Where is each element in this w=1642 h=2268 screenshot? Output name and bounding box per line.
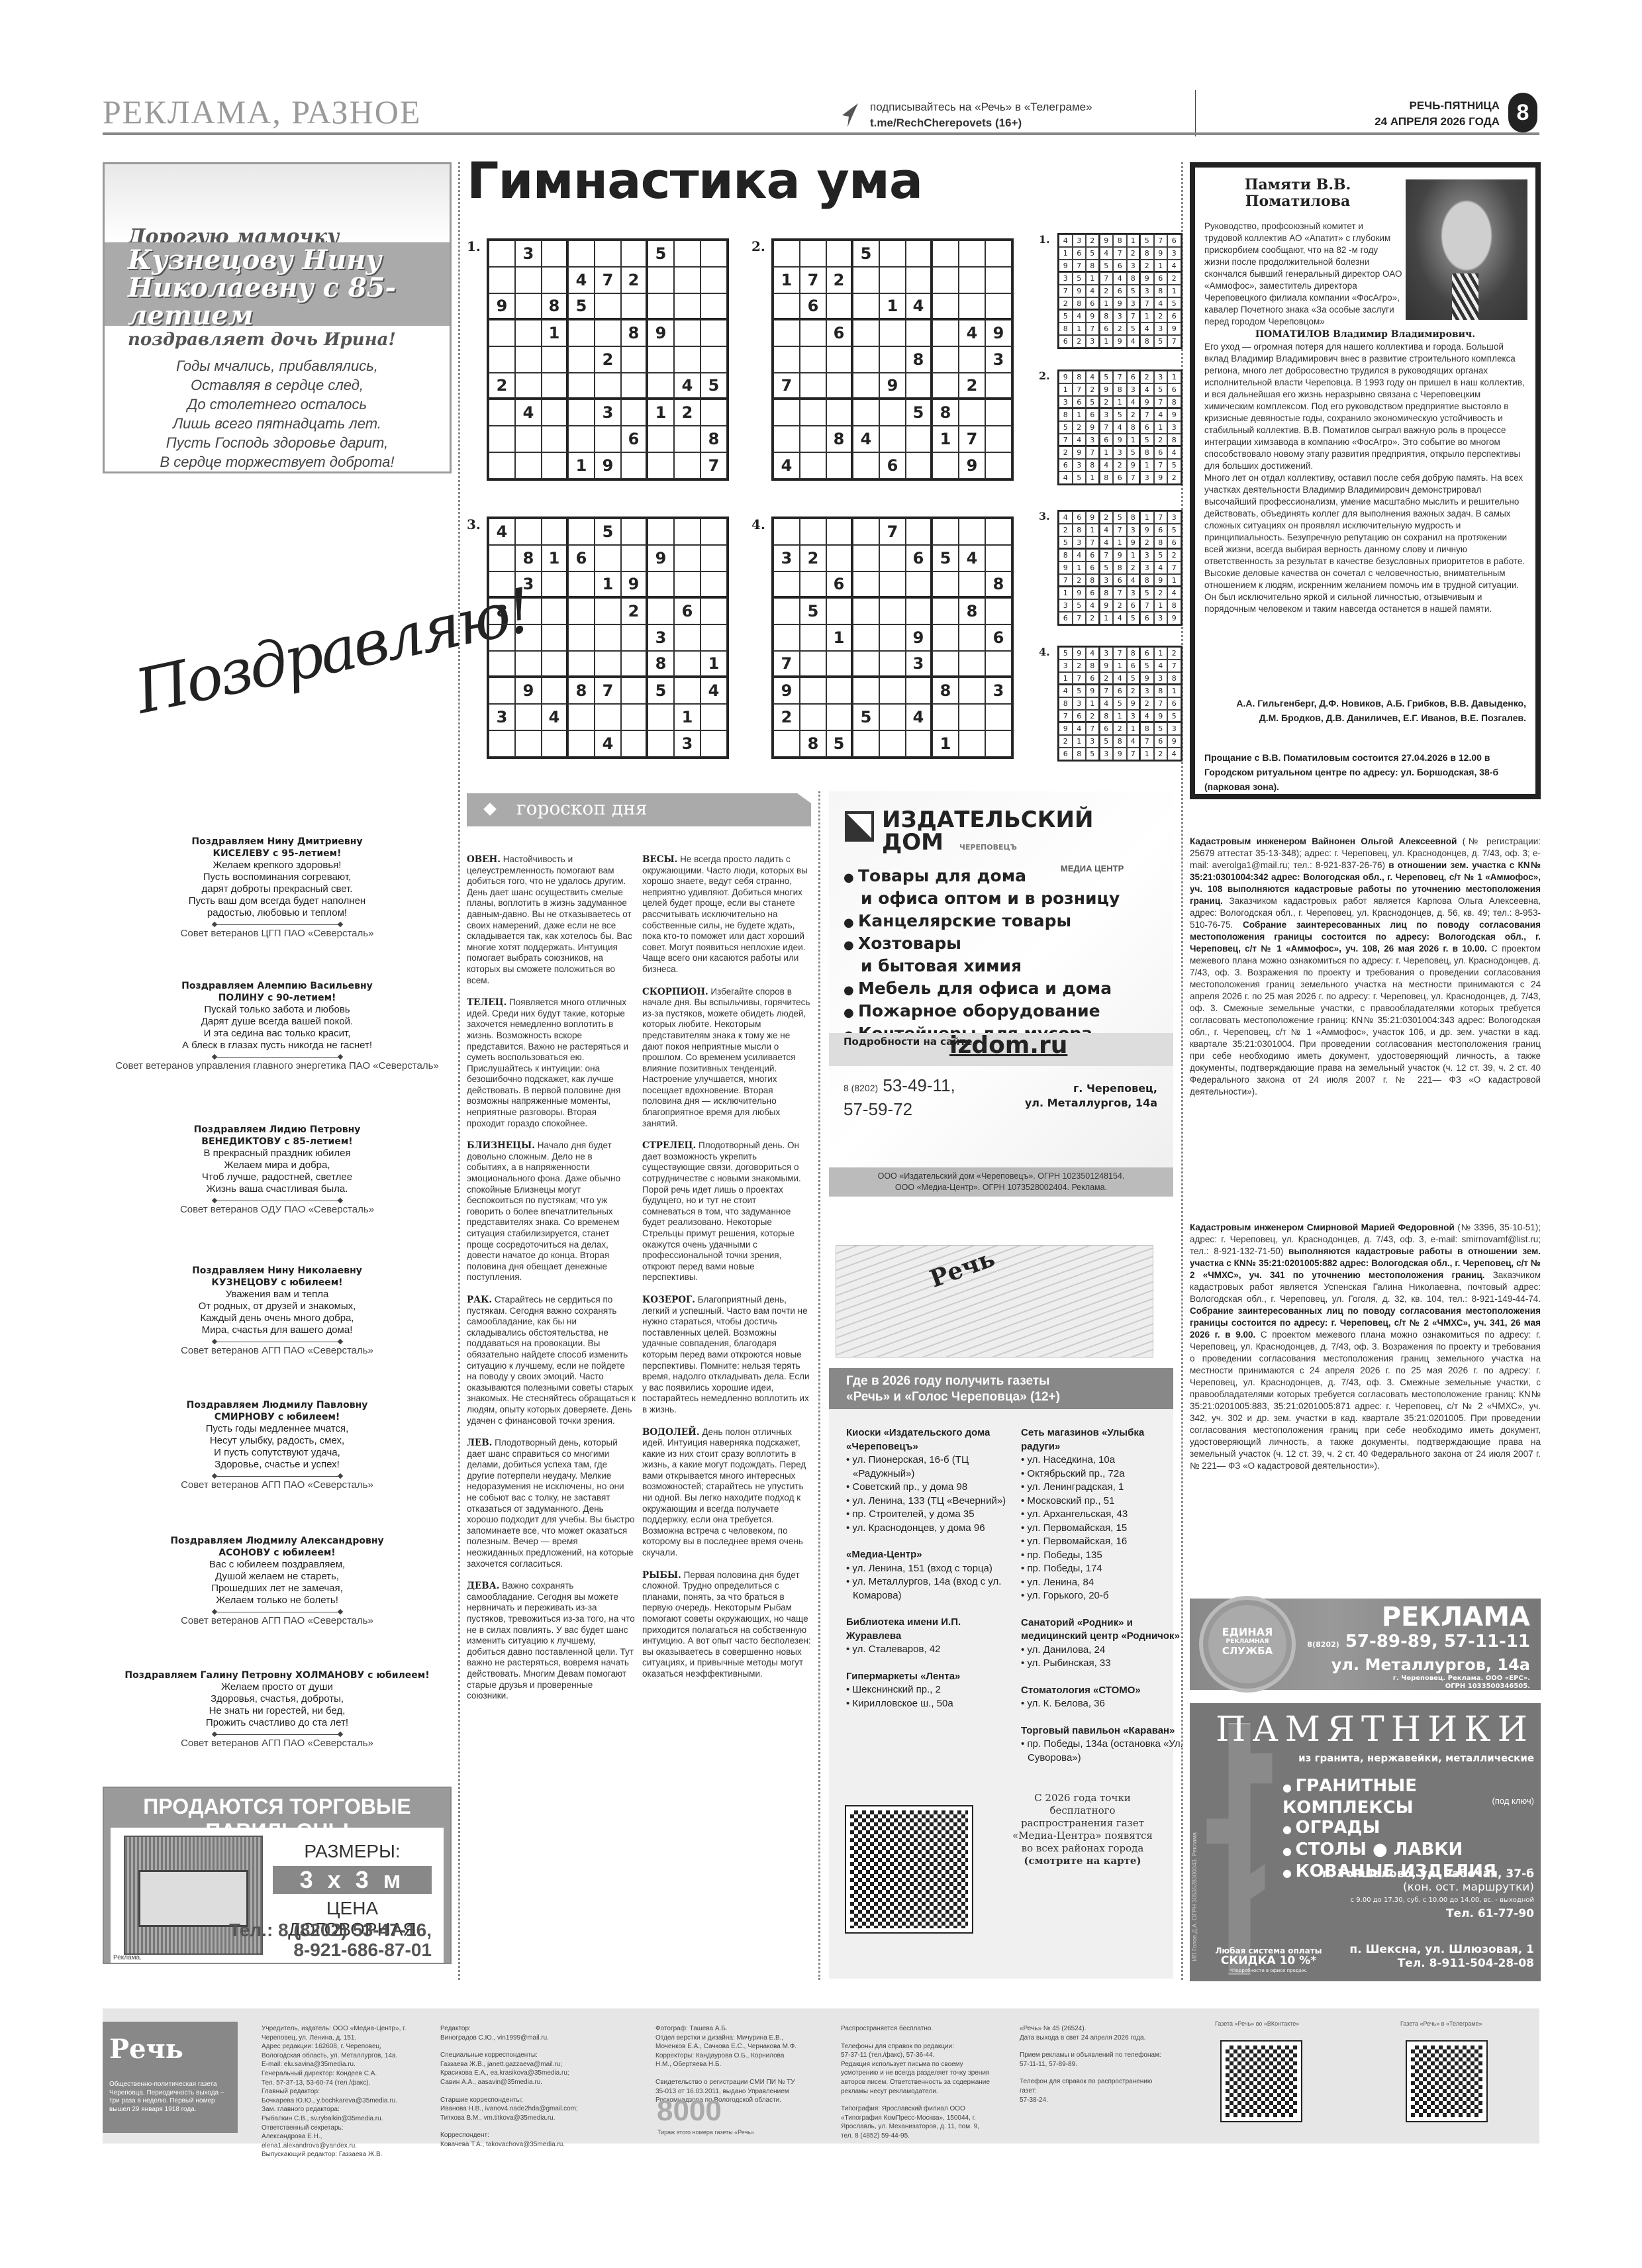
- sudoku-cell[interactable]: [826, 452, 853, 479]
- sudoku-cell[interactable]: [985, 704, 1012, 730]
- sudoku-cell[interactable]: 8: [932, 677, 959, 704]
- sudoku-cell[interactable]: [959, 571, 985, 598]
- sudoku-cell[interactable]: [515, 624, 542, 651]
- sudoku-cell[interactable]: [800, 346, 826, 373]
- sudoku-cell[interactable]: [879, 267, 906, 293]
- sudoku-cell[interactable]: [826, 293, 853, 320]
- sudoku-cell[interactable]: [648, 346, 674, 373]
- sudoku-cell[interactable]: [515, 518, 542, 545]
- sudoku-cell[interactable]: 7: [959, 426, 985, 452]
- sudoku-cell[interactable]: 1: [932, 426, 959, 452]
- sudoku-cell[interactable]: 2: [773, 704, 800, 730]
- sudoku-cell[interactable]: 4: [853, 426, 879, 452]
- sudoku-cell[interactable]: 8: [568, 677, 595, 704]
- sudoku-cell[interactable]: [700, 240, 727, 267]
- sudoku-cell[interactable]: [853, 399, 879, 426]
- sudoku-cell[interactable]: [515, 452, 542, 479]
- sudoku-cell[interactable]: 8: [826, 426, 853, 452]
- sudoku-cell[interactable]: [648, 267, 674, 293]
- sudoku-cell[interactable]: [959, 267, 985, 293]
- sudoku-cell[interactable]: [489, 426, 515, 452]
- sudoku-cell[interactable]: [489, 267, 515, 293]
- sudoku-cell[interactable]: [853, 545, 879, 571]
- sudoku-cell[interactable]: [879, 730, 906, 757]
- sudoku-cell[interactable]: [674, 677, 700, 704]
- sudoku-cell[interactable]: [648, 452, 674, 479]
- sudoku-cell[interactable]: [542, 426, 568, 452]
- sudoku-cell[interactable]: [853, 677, 879, 704]
- sudoku-cell[interactable]: [879, 346, 906, 373]
- sudoku-cell[interactable]: [906, 677, 932, 704]
- sudoku-cell[interactable]: 7: [700, 452, 727, 479]
- sudoku-cell[interactable]: [906, 373, 932, 399]
- sudoku-cell[interactable]: [853, 346, 879, 373]
- sudoku-cell[interactable]: 1: [932, 730, 959, 757]
- sudoku-cell[interactable]: [542, 452, 568, 479]
- sudoku-cell[interactable]: [700, 518, 727, 545]
- sudoku-cell[interactable]: [853, 730, 879, 757]
- sudoku-cell[interactable]: [773, 624, 800, 651]
- sudoku-cell[interactable]: [932, 293, 959, 320]
- sudoku-cell[interactable]: [700, 320, 727, 346]
- sudoku-cell[interactable]: [700, 545, 727, 571]
- sudoku-cell[interactable]: [700, 346, 727, 373]
- sudoku-cell[interactable]: [542, 346, 568, 373]
- sudoku-cell[interactable]: [932, 571, 959, 598]
- sudoku-cell[interactable]: [700, 730, 727, 757]
- sudoku-cell[interactable]: [489, 240, 515, 267]
- sudoku-cell[interactable]: 4: [773, 452, 800, 479]
- sudoku-cell[interactable]: [932, 320, 959, 346]
- sudoku-cell[interactable]: [515, 651, 542, 677]
- sudoku-cell[interactable]: [568, 373, 595, 399]
- sudoku-cell[interactable]: [515, 267, 542, 293]
- sudoku-cell[interactable]: [879, 571, 906, 598]
- sudoku-cell[interactable]: [542, 373, 568, 399]
- sudoku-cell[interactable]: [621, 677, 648, 704]
- sudoku-cell[interactable]: [879, 320, 906, 346]
- sudoku-cell[interactable]: [800, 320, 826, 346]
- sudoku-cell[interactable]: 6: [674, 598, 700, 624]
- sudoku-cell[interactable]: [826, 518, 853, 545]
- sudoku-cell[interactable]: [932, 240, 959, 267]
- sudoku-cell[interactable]: [773, 240, 800, 267]
- sudoku-cell[interactable]: [515, 730, 542, 757]
- sudoku-cell[interactable]: [674, 624, 700, 651]
- sudoku-cell[interactable]: [515, 346, 542, 373]
- sudoku-cell[interactable]: [879, 704, 906, 730]
- sudoku-cell[interactable]: [674, 240, 700, 267]
- sudoku-cell[interactable]: 3: [906, 651, 932, 677]
- sudoku-cell[interactable]: 3: [985, 346, 1012, 373]
- sudoku-cell[interactable]: 9: [648, 320, 674, 346]
- sudoku-cell[interactable]: [800, 704, 826, 730]
- sudoku-cell[interactable]: [674, 267, 700, 293]
- sudoku-cell[interactable]: [959, 293, 985, 320]
- sudoku-cell[interactable]: [985, 293, 1012, 320]
- sudoku-cell[interactable]: [773, 346, 800, 373]
- sudoku-cell[interactable]: [959, 677, 985, 704]
- sudoku-cell[interactable]: [800, 624, 826, 651]
- telegram-qr-code[interactable]: [1407, 2042, 1486, 2121]
- sudoku-cell[interactable]: [621, 399, 648, 426]
- sudoku-cell[interactable]: [932, 704, 959, 730]
- sudoku-cell[interactable]: [932, 373, 959, 399]
- sudoku-cell[interactable]: 5: [906, 399, 932, 426]
- sudoku-cell[interactable]: 2: [489, 373, 515, 399]
- sudoku-cell[interactable]: [648, 598, 674, 624]
- sudoku-cell[interactable]: [800, 373, 826, 399]
- sudoku-cell[interactable]: [773, 293, 800, 320]
- sudoku-cell[interactable]: [853, 598, 879, 624]
- sudoku-cell[interactable]: [542, 571, 568, 598]
- sudoku-cell[interactable]: [674, 346, 700, 373]
- sudoku-cell[interactable]: 8: [800, 730, 826, 757]
- sudoku-cell[interactable]: [568, 399, 595, 426]
- sudoku-cell[interactable]: [932, 346, 959, 373]
- sudoku-cell[interactable]: 4: [595, 730, 621, 757]
- sudoku-cell[interactable]: [674, 426, 700, 452]
- sudoku-cell[interactable]: [826, 598, 853, 624]
- sudoku-cell[interactable]: [674, 545, 700, 571]
- sudoku-cell[interactable]: [568, 651, 595, 677]
- sudoku-cell[interactable]: 5: [826, 730, 853, 757]
- sudoku-cell[interactable]: [674, 571, 700, 598]
- sudoku-cell[interactable]: 5: [648, 240, 674, 267]
- sudoku-cell[interactable]: [595, 426, 621, 452]
- sudoku-cell[interactable]: [826, 704, 853, 730]
- sudoku-cell[interactable]: [985, 426, 1012, 452]
- sudoku-cell[interactable]: [985, 399, 1012, 426]
- sudoku-cell[interactable]: [906, 426, 932, 452]
- sudoku-cell[interactable]: 3: [674, 730, 700, 757]
- sudoku-cell[interactable]: [489, 730, 515, 757]
- sudoku-cell[interactable]: [773, 571, 800, 598]
- sudoku-cell[interactable]: 9: [648, 545, 674, 571]
- sudoku-cell[interactable]: 5: [800, 598, 826, 624]
- sudoku-cell[interactable]: [595, 293, 621, 320]
- sudoku-cell[interactable]: [621, 373, 648, 399]
- sudoku-cell[interactable]: 8: [515, 545, 542, 571]
- sudoku-cell[interactable]: 7: [595, 267, 621, 293]
- sudoku-cell[interactable]: 8: [621, 320, 648, 346]
- sudoku-cell[interactable]: 3: [648, 624, 674, 651]
- sudoku-cell[interactable]: [853, 293, 879, 320]
- sudoku-cell[interactable]: 8: [489, 598, 515, 624]
- sudoku-cell[interactable]: [489, 320, 515, 346]
- sudoku-cell[interactable]: [621, 651, 648, 677]
- sudoku-cell[interactable]: 3: [773, 545, 800, 571]
- sudoku-cell[interactable]: 6: [906, 545, 932, 571]
- sudoku-cell[interactable]: [800, 426, 826, 452]
- sudoku-cell[interactable]: [489, 677, 515, 704]
- sudoku-cell[interactable]: [621, 624, 648, 651]
- sudoku-cell[interactable]: [985, 545, 1012, 571]
- sudoku-cell[interactable]: [879, 624, 906, 651]
- sudoku-cell[interactable]: 4: [542, 704, 568, 730]
- sudoku-cell[interactable]: [542, 240, 568, 267]
- sudoku-cell[interactable]: 5: [932, 545, 959, 571]
- sudoku-cell[interactable]: 6: [879, 452, 906, 479]
- sudoku-cell[interactable]: 8: [648, 651, 674, 677]
- sudoku-cell[interactable]: [542, 399, 568, 426]
- sudoku-cell[interactable]: 5: [568, 293, 595, 320]
- sudoku-cell[interactable]: [621, 545, 648, 571]
- telegram-promo[interactable]: подписывайтесь на «Речь» в «Телеграме» t…: [841, 99, 1092, 131]
- sudoku-cell[interactable]: 5: [853, 704, 879, 730]
- sudoku-cell[interactable]: 1: [542, 320, 568, 346]
- sudoku-cell[interactable]: [542, 598, 568, 624]
- sudoku-cell[interactable]: 7: [595, 677, 621, 704]
- sudoku-cell[interactable]: [515, 704, 542, 730]
- sudoku-cell[interactable]: [985, 518, 1012, 545]
- sudoku-cell[interactable]: [853, 373, 879, 399]
- sudoku-cell[interactable]: 2: [595, 346, 621, 373]
- sudoku-cell[interactable]: [595, 373, 621, 399]
- sudoku-cell[interactable]: 7: [773, 373, 800, 399]
- sudoku-cell[interactable]: [959, 704, 985, 730]
- sudoku-cell[interactable]: [853, 651, 879, 677]
- sudoku-cell[interactable]: [515, 426, 542, 452]
- sudoku-cell[interactable]: 7: [879, 518, 906, 545]
- sudoku-cell[interactable]: 2: [674, 399, 700, 426]
- sudoku-cell[interactable]: 6: [826, 571, 853, 598]
- sudoku-cell[interactable]: [906, 452, 932, 479]
- sudoku-cell[interactable]: [621, 346, 648, 373]
- sudoku-cell[interactable]: [800, 452, 826, 479]
- sudoku-cell[interactable]: [489, 571, 515, 598]
- sudoku-cell[interactable]: [826, 240, 853, 267]
- sudoku-cell[interactable]: [515, 320, 542, 346]
- sudoku-cell[interactable]: 9: [595, 452, 621, 479]
- sudoku-cell[interactable]: [853, 518, 879, 545]
- sudoku-cell[interactable]: 4: [906, 293, 932, 320]
- sudoku-cell[interactable]: 6: [985, 624, 1012, 651]
- sudoku-cell[interactable]: [595, 545, 621, 571]
- sudoku-cell[interactable]: [879, 240, 906, 267]
- sudoku-cell[interactable]: 3: [515, 571, 542, 598]
- sudoku-cell[interactable]: [595, 624, 621, 651]
- sudoku-cell[interactable]: [959, 624, 985, 651]
- sudoku-cell[interactable]: [906, 598, 932, 624]
- sudoku-cell[interactable]: [879, 651, 906, 677]
- sudoku-cell[interactable]: 1: [568, 452, 595, 479]
- sudoku-cell[interactable]: 5: [700, 373, 727, 399]
- sudoku-cell[interactable]: [985, 730, 1012, 757]
- sudoku-cell[interactable]: [906, 730, 932, 757]
- sudoku-cell[interactable]: [879, 545, 906, 571]
- sudoku-cell[interactable]: [906, 518, 932, 545]
- sudoku-cell[interactable]: [568, 426, 595, 452]
- sudoku-cell[interactable]: [542, 624, 568, 651]
- sudoku-cell[interactable]: 1: [879, 293, 906, 320]
- sudoku-cell[interactable]: 3: [515, 240, 542, 267]
- sudoku-cell[interactable]: [826, 346, 853, 373]
- sudoku-cell[interactable]: [568, 624, 595, 651]
- sudoku-cell[interactable]: [985, 373, 1012, 399]
- sudoku-cell[interactable]: [568, 240, 595, 267]
- sudoku-cell[interactable]: 6: [800, 293, 826, 320]
- sudoku-cell[interactable]: [906, 571, 932, 598]
- sudoku-cell[interactable]: [648, 293, 674, 320]
- sudoku-cell[interactable]: 2: [621, 267, 648, 293]
- sudoku-cell[interactable]: 8: [959, 598, 985, 624]
- sudoku-cell[interactable]: [648, 426, 674, 452]
- sudoku-cell[interactable]: [879, 399, 906, 426]
- sudoku-cell[interactable]: [879, 677, 906, 704]
- sudoku-cell[interactable]: [985, 240, 1012, 267]
- sudoku-cell[interactable]: [568, 518, 595, 545]
- izdom-site-link[interactable]: izdom.ru: [949, 1032, 1067, 1059]
- sudoku-cell[interactable]: [853, 624, 879, 651]
- sudoku-cell[interactable]: [595, 240, 621, 267]
- sudoku-cell[interactable]: [674, 320, 700, 346]
- sudoku-cell[interactable]: [700, 399, 727, 426]
- sudoku-cell[interactable]: [773, 598, 800, 624]
- sudoku-cell[interactable]: [542, 677, 568, 704]
- sudoku-cell[interactable]: 9: [515, 677, 542, 704]
- sudoku-cell[interactable]: 1: [700, 651, 727, 677]
- sudoku-cell[interactable]: 6: [621, 426, 648, 452]
- sudoku-cell[interactable]: [932, 651, 959, 677]
- sudoku-cell[interactable]: 8: [542, 293, 568, 320]
- sudoku-cell[interactable]: [568, 346, 595, 373]
- sudoku-cell[interactable]: 4: [700, 677, 727, 704]
- sudoku-cell[interactable]: 8: [932, 399, 959, 426]
- sudoku-cell[interactable]: 7: [800, 267, 826, 293]
- sudoku-cell[interactable]: [568, 730, 595, 757]
- sudoku-cell[interactable]: 3: [489, 704, 515, 730]
- map-qr-code[interactable]: [846, 1806, 972, 1932]
- sudoku-cell[interactable]: [985, 267, 1012, 293]
- sudoku-cell[interactable]: [648, 730, 674, 757]
- sudoku-cell[interactable]: [595, 598, 621, 624]
- telegram-link[interactable]: t.me/RechCherepovets (16+): [870, 115, 1092, 131]
- sudoku-cell[interactable]: [853, 571, 879, 598]
- vk-qr-code[interactable]: [1222, 2042, 1301, 2121]
- sudoku-cell[interactable]: [773, 320, 800, 346]
- sudoku-cell[interactable]: [568, 320, 595, 346]
- sudoku-cell[interactable]: 5: [648, 677, 674, 704]
- sudoku-cell[interactable]: [700, 704, 727, 730]
- sudoku-cell[interactable]: [595, 320, 621, 346]
- sudoku-cell[interactable]: [568, 704, 595, 730]
- sudoku-cell[interactable]: [700, 624, 727, 651]
- sudoku-cell[interactable]: 4: [959, 320, 985, 346]
- sudoku-cell[interactable]: [773, 518, 800, 545]
- sudoku-cell[interactable]: [489, 651, 515, 677]
- sudoku-cell[interactable]: [906, 240, 932, 267]
- sudoku-cell[interactable]: [879, 598, 906, 624]
- sudoku-cell[interactable]: [826, 545, 853, 571]
- sudoku-cell[interactable]: [826, 677, 853, 704]
- sudoku-cell[interactable]: 3: [595, 399, 621, 426]
- sudoku-cell[interactable]: [621, 452, 648, 479]
- sudoku-cell[interactable]: [489, 452, 515, 479]
- sudoku-cell[interactable]: [932, 624, 959, 651]
- sudoku-cell[interactable]: [621, 293, 648, 320]
- sudoku-cell[interactable]: [674, 293, 700, 320]
- sudoku-cell[interactable]: 6: [826, 320, 853, 346]
- sudoku-cell[interactable]: [985, 452, 1012, 479]
- sudoku-cell[interactable]: [489, 399, 515, 426]
- sudoku-cell[interactable]: [959, 651, 985, 677]
- sudoku-cell[interactable]: [959, 518, 985, 545]
- sudoku-cell[interactable]: [489, 624, 515, 651]
- sudoku-cell[interactable]: 4: [515, 399, 542, 426]
- sudoku-cell[interactable]: [648, 518, 674, 545]
- sudoku-cell[interactable]: 4: [959, 545, 985, 571]
- sudoku-cell[interactable]: [959, 240, 985, 267]
- sudoku-cell[interactable]: 1: [648, 399, 674, 426]
- sudoku-cell[interactable]: 8: [985, 571, 1012, 598]
- sudoku-cell[interactable]: 5: [853, 240, 879, 267]
- sudoku-cell[interactable]: 9: [985, 320, 1012, 346]
- sudoku-cell[interactable]: 9: [879, 373, 906, 399]
- sudoku-cell[interactable]: [959, 399, 985, 426]
- sudoku-cell[interactable]: [800, 677, 826, 704]
- sudoku-cell[interactable]: [985, 651, 1012, 677]
- sudoku-cell[interactable]: [853, 452, 879, 479]
- sudoku-cell[interactable]: [489, 545, 515, 571]
- sudoku-cell[interactable]: [515, 293, 542, 320]
- sudoku-cell[interactable]: 1: [542, 545, 568, 571]
- sudoku-cell[interactable]: [800, 651, 826, 677]
- sudoku-cell[interactable]: [489, 346, 515, 373]
- sudoku-cell[interactable]: 1: [826, 624, 853, 651]
- sudoku-cell[interactable]: [932, 267, 959, 293]
- sudoku-cell[interactable]: [853, 267, 879, 293]
- sudoku-cell[interactable]: [959, 730, 985, 757]
- sudoku-cell[interactable]: 9: [489, 293, 515, 320]
- sudoku-cell[interactable]: [674, 518, 700, 545]
- sudoku-cell[interactable]: [700, 293, 727, 320]
- sudoku-cell[interactable]: 4: [568, 267, 595, 293]
- sudoku-cell[interactable]: 9: [959, 452, 985, 479]
- sudoku-cell[interactable]: [648, 704, 674, 730]
- sudoku-cell[interactable]: 4: [489, 518, 515, 545]
- sudoku-cell[interactable]: [621, 730, 648, 757]
- sudoku-cell[interactable]: [595, 704, 621, 730]
- sudoku-cell[interactable]: [932, 452, 959, 479]
- sudoku-cell[interactable]: 8: [700, 426, 727, 452]
- sudoku-cell[interactable]: [648, 571, 674, 598]
- sudoku-cell[interactable]: [879, 426, 906, 452]
- sudoku-cell[interactable]: [826, 399, 853, 426]
- sudoku-cell[interactable]: [568, 598, 595, 624]
- sudoku-cell[interactable]: 9: [773, 677, 800, 704]
- sudoku-cell[interactable]: 2: [621, 598, 648, 624]
- sudoku-cell[interactable]: [700, 571, 727, 598]
- sudoku-cell[interactable]: 9: [906, 624, 932, 651]
- sudoku-cell[interactable]: 2: [959, 373, 985, 399]
- sudoku-cell[interactable]: [932, 518, 959, 545]
- sudoku-cell[interactable]: [906, 320, 932, 346]
- sudoku-cell[interactable]: [542, 651, 568, 677]
- sudoku-cell[interactable]: [542, 730, 568, 757]
- sudoku-cell[interactable]: [515, 598, 542, 624]
- sudoku-cell[interactable]: [674, 651, 700, 677]
- sudoku-cell[interactable]: [773, 730, 800, 757]
- sudoku-cell[interactable]: [648, 373, 674, 399]
- sudoku-cell[interactable]: 2: [826, 267, 853, 293]
- sudoku-cell[interactable]: [985, 598, 1012, 624]
- sudoku-cell[interactable]: 6: [568, 545, 595, 571]
- sudoku-cell[interactable]: [568, 571, 595, 598]
- sudoku-cell[interactable]: 9: [621, 571, 648, 598]
- sudoku-cell[interactable]: 4: [674, 373, 700, 399]
- sudoku-cell[interactable]: [773, 399, 800, 426]
